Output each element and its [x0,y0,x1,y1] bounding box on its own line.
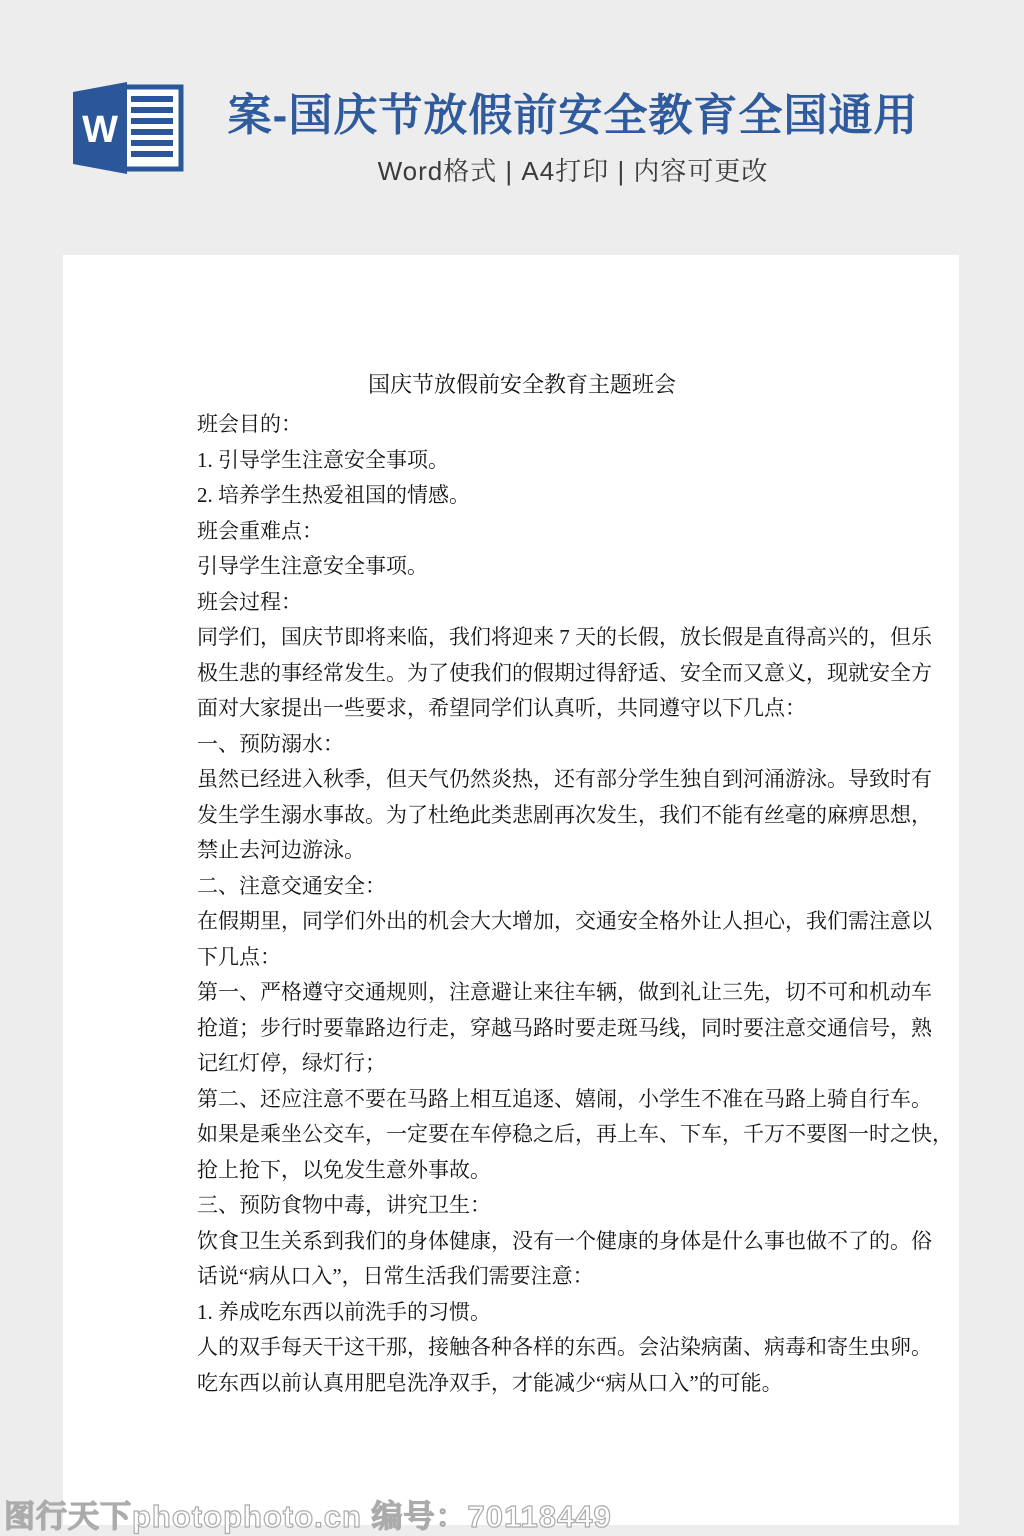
document-line: 1. 养成吃东西以前洗手的习惯。 [197,1295,857,1331]
document-line: 抢上抢下，以免发生意外事故。 [197,1153,857,1189]
page-canvas: W 案-国庆节放假前安全教育全国通用 Word格式 | A4打印 | 内容可更改… [0,0,1024,1536]
svg-text:W: W [82,109,118,151]
document-line: 班会目的： [197,407,857,443]
document-line: 发生学生溺水事故。为了杜绝此类悲剧再次发生，我们不能有丝毫的麻痹思想， [197,798,857,834]
document-line: 话说“病从口入”，日常生活我们需要注意： [197,1259,857,1295]
page-title: 案-国庆节放假前安全教育全国通用 [187,88,959,143]
document-line: 面对大家提出一些要求，希望同学们认真听，共同遵守以下几点： [197,691,857,727]
document-line: 记红灯停，绿灯行； [197,1046,857,1082]
document-line: 极生悲的事经常发生。为了使我们的假期过得舒适、安全而又意义，现就安全方 [197,656,857,692]
word-logo-svg: W [63,82,187,174]
document-line: 班会过程： [197,585,857,621]
document-line: 引导学生注意安全事项。 [197,549,857,585]
document-line: 1. 引导学生注意安全事项。 [197,443,857,479]
document-line: 人的双手每天干这干那，接触各种各样的东西。会沾染病菌、病毒和寄生虫卵。 [197,1330,857,1366]
document-line: 第一、严格遵守交通规则，注意避让来往车辆，做到礼让三先，切不可和机动车 [197,975,857,1011]
document-line: 如果是乘坐公交车，一定要在车停稳之后，再上车、下车，千万不要图一时之快， [197,1117,857,1153]
document-page: 国庆节放假前安全教育主题班会 班会目的：1. 引导学生注意安全事项。2. 培养学… [63,255,959,1525]
document-line: 虽然已经进入秋季，但天气仍然炎热，还有部分学生独自到河涌游泳。导致时有 [197,762,857,798]
word-document-icon: W [63,82,187,174]
document-line: 在假期里，同学们外出的机会大大增加，交通安全格外让人担心，我们需注意以 [197,904,857,940]
document-body: 班会目的：1. 引导学生注意安全事项。2. 培养学生热爱祖国的情感。班会重难点：… [197,407,857,1401]
document-line: 抢道；步行时要靠路边行走，穿越马路时要走斑马线，同时要注意交通信号，熟 [197,1011,857,1047]
document-line: 班会重难点： [197,514,857,550]
page-subtitle: Word格式 | A4打印 | 内容可更改 [187,151,959,188]
document-line: 一、预防溺水： [197,727,857,763]
document-title: 国庆节放假前安全教育主题班会 [197,368,847,399]
document-line: 吃东西以前认真用肥皂洗净双手，才能减少“病从口入”的可能。 [197,1366,857,1402]
header: 案-国庆节放假前安全教育全国通用 Word格式 | A4打印 | 内容可更改 [187,88,959,188]
document-line: 三、预防食物中毒，讲究卫生： [197,1188,857,1224]
document-line: 饮食卫生关系到我们的身体健康，没有一个健康的身体是什么事也做不了的。俗 [197,1224,857,1260]
document-line: 第二、还应注意不要在马路上相互追逐、嬉闹，小学生不准在马路上骑自行车。 [197,1082,857,1118]
document-line: 下几点： [197,940,857,976]
document-line: 2. 培养学生热爱祖国的情感。 [197,478,857,514]
document-line: 禁止去河边游泳。 [197,833,857,869]
watermark-text: 图行天下photophoto.cn 编号：70118449 [4,1491,612,1536]
document-line: 同学们，国庆节即将来临，我们将迎来 7 天的长假，放长假是直得高兴的，但乐 [197,620,857,656]
document-line: 二、注意交通安全： [197,869,857,905]
